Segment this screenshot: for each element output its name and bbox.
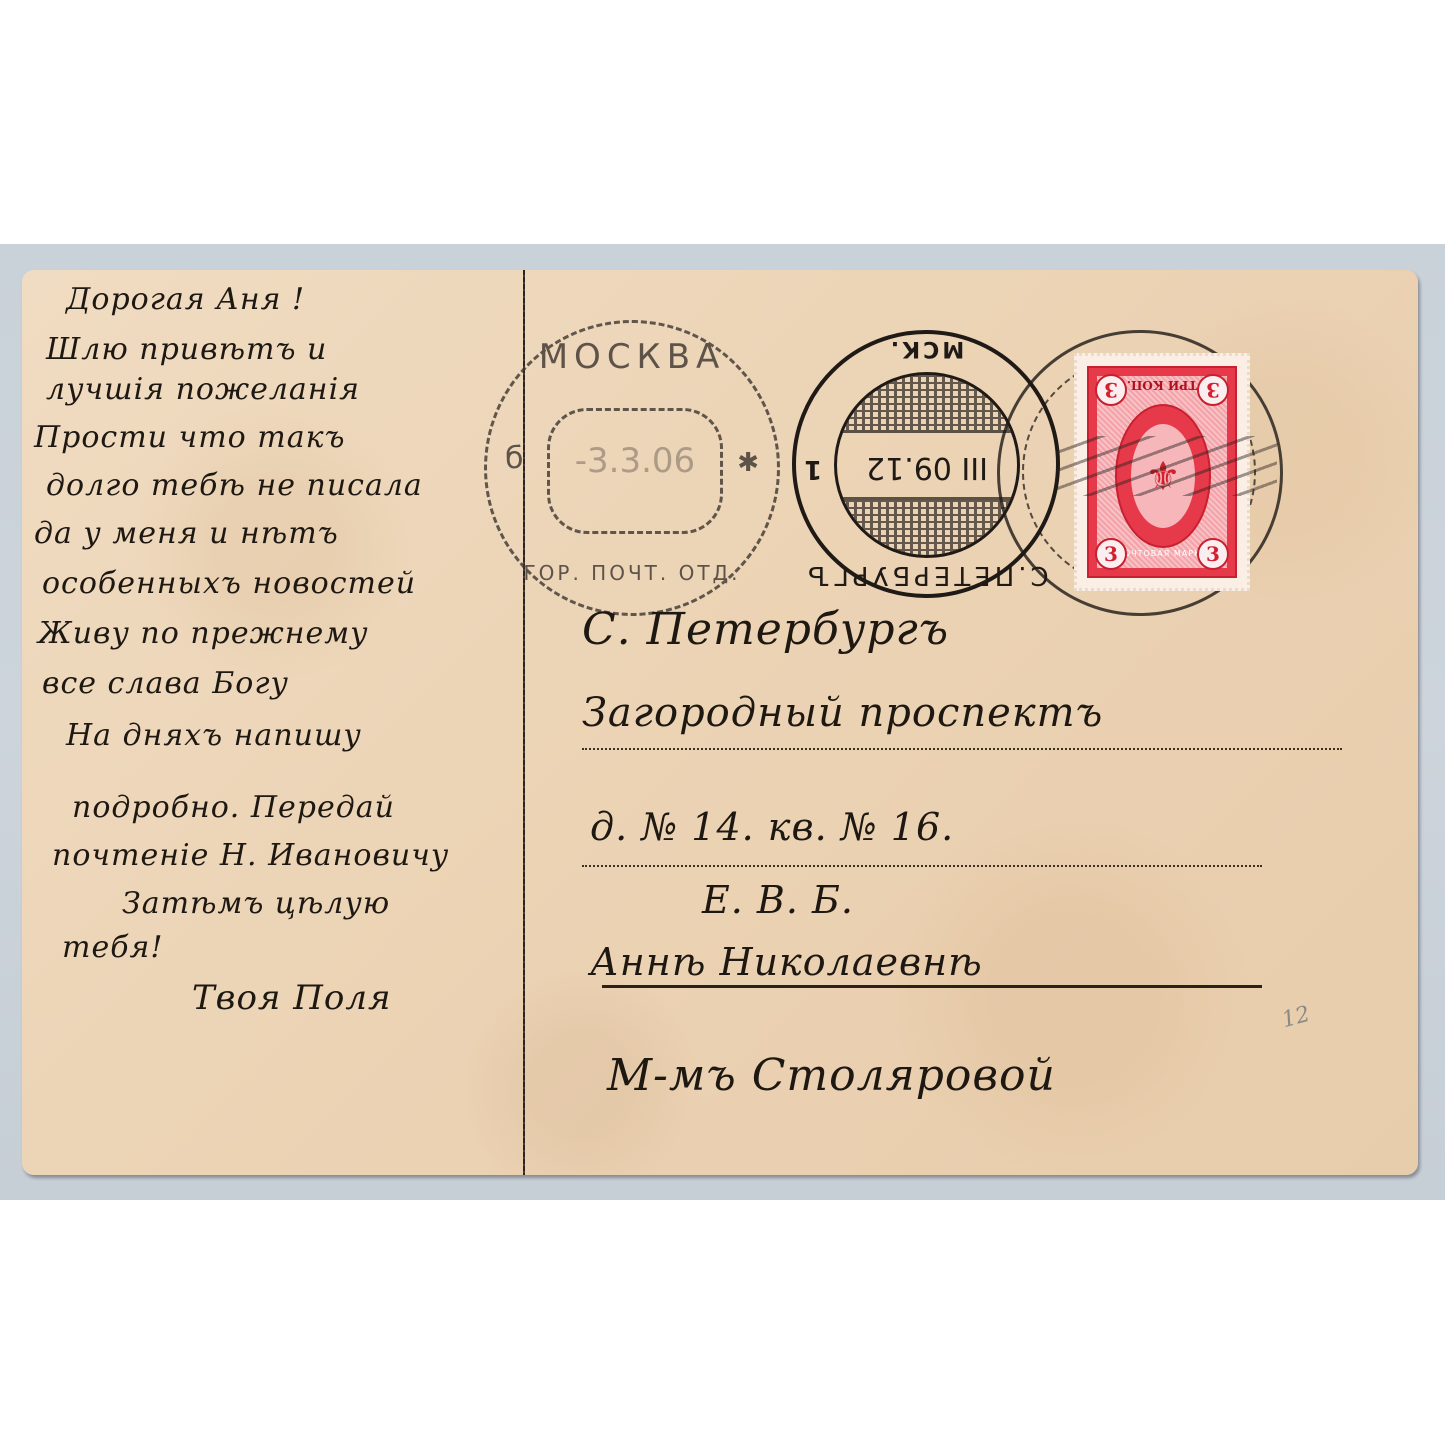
postmark-number: 1	[804, 454, 822, 484]
stamp-denomination: 3	[1095, 374, 1127, 406]
recipient-name: Аннѣ Николаевнѣ	[590, 940, 983, 984]
message-line: Шлю привѣтъ и	[46, 332, 327, 367]
message-line: Затѣмъ цѣлую	[122, 886, 390, 921]
moscow-postmark: МОСКВА -3.3.06 б ✱ ГОР. ПОЧТ. ОТД.	[484, 320, 780, 616]
postmark-date: III 09.12	[837, 450, 1017, 485]
message-line: долго тебѣ не писала	[46, 468, 423, 503]
address-honorific: Е. В. Б.	[702, 878, 854, 922]
stamp-denomination: 3	[1095, 538, 1127, 570]
postmark-letter: б	[505, 441, 524, 476]
star-icon: ✱	[737, 448, 759, 478]
message-line: лучшія пожеланія	[46, 372, 360, 407]
message-line: подробно. Передай	[72, 790, 395, 825]
postage-stamp: ТРИ КОП. III ⚜ ПОЧТОВАЯ МАРКА 3 3 3 3	[1074, 353, 1250, 591]
message-line: Прости что такъ	[34, 420, 345, 455]
message-line: На дняхъ напишу	[66, 718, 362, 753]
postmark-office: ГОР. ПОЧТ. ОТД.	[487, 561, 777, 585]
message-line: особенныхъ новостей	[42, 566, 416, 601]
postmark-code: МСК.	[796, 336, 1056, 361]
stamp-denomination: 3	[1197, 538, 1229, 570]
recipient-underline	[602, 985, 1262, 988]
message-line: Живу по прежнему	[38, 616, 369, 651]
st-petersburg-postmark: С.ПЕТЕРБУРГЪ III 09.12 1 МСК.	[792, 330, 1060, 598]
address-guide-line	[582, 748, 1342, 750]
address-house: д. № 14. кв. № 16.	[590, 805, 954, 849]
pencil-note: 12	[1279, 1002, 1313, 1033]
postmark-date-box: -3.3.06	[547, 408, 723, 534]
address-city: С. Петербургъ	[582, 604, 949, 655]
address-guide-line	[582, 865, 1262, 867]
address-street: Загородный проспектъ	[582, 690, 1103, 736]
postmark-city: С.ПЕТЕРБУРГЪ	[796, 560, 1056, 590]
postcard: Дорогая Аня ! Шлю привѣтъ и лучшія пожел…	[22, 270, 1418, 1175]
postmark-city: МОСКВА	[487, 337, 777, 377]
message-line: почтеніе Н. Ивановичу	[52, 838, 449, 873]
message-line: тебя!	[62, 930, 163, 965]
message-line: все слава Богу	[42, 666, 289, 701]
postmark-date-ring: III 09.12	[834, 372, 1020, 558]
cancellation-marks	[1057, 436, 1277, 496]
message-line: Дорогая Аня !	[66, 282, 305, 317]
recipient-surname: М-мъ Столяровой	[607, 1050, 1056, 1101]
signature: Твоя Поля	[192, 978, 392, 1018]
postmark-date: -3.3.06	[550, 441, 720, 481]
message-line: да у меня и нѣтъ	[34, 516, 339, 551]
stamp-denomination: 3	[1197, 374, 1229, 406]
